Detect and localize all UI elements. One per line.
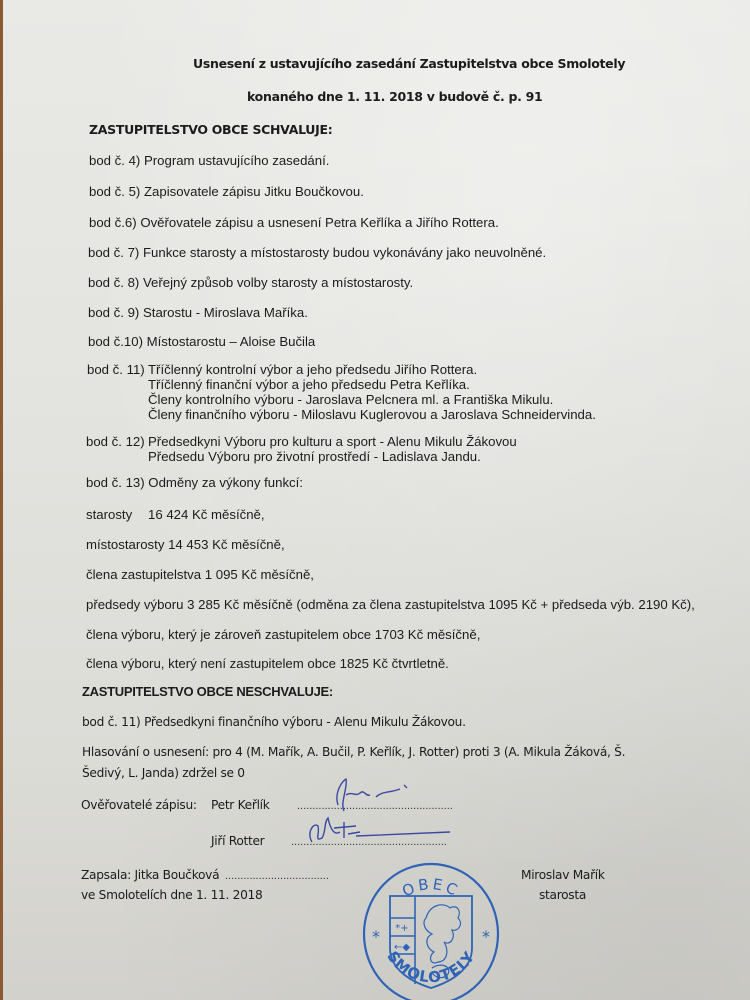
item-12-line: Předsedkyni Výboru pro kulturu a sport -…: [148, 434, 517, 449]
reward-mayor: 16 424 Kč měsíčně,: [148, 507, 265, 522]
place-date: ve Smolotelích dne 1. 11. 2018: [81, 888, 262, 902]
item-11-line: Členy finančního výboru - Miloslavu Kugl…: [148, 407, 596, 422]
vote-line-2: Šedivý, L. Janda) zdržel se 0: [82, 766, 245, 780]
item-11-line: Členy kontrolního výboru - Jaroslava Pel…: [148, 392, 553, 407]
item-12-line: Předsedu Výboru pro životní prostředí - …: [148, 449, 481, 464]
verifier-2: Jiří Rotter: [211, 834, 264, 848]
mayor-title: starosta: [539, 888, 586, 902]
reward-role: starosty: [86, 507, 132, 522]
recorded-by: Zapsala: Jitka Boučková: [81, 868, 219, 882]
recorded-signature-line: ..................................: [225, 870, 329, 882]
municipal-stamp: OBEC SMOLOTELY *+ ←◆ * *: [360, 858, 502, 1000]
item-9: bod č. 9) Starostu - Miroslava Maříka.: [88, 305, 308, 320]
reward-member: člena zastupitelstva 1 095 Kč měsíčně,: [86, 567, 314, 582]
verifier-1: Petr Keřlík: [211, 798, 270, 812]
signature-rotter: [300, 812, 460, 852]
document-title: Usnesení z ustavujícího zasedání Zastupi…: [193, 56, 625, 71]
reward-chair: předsedy výboru 3 285 Kč měsíčně (odměna…: [86, 597, 695, 612]
approves-heading: ZASTUPITELSTVO OBCE SCHVALUJE:: [89, 122, 332, 137]
item-11-line: Tříčlenný kontrolní výbor a jeho předsed…: [148, 362, 477, 377]
reward-committee-member: člena výboru, který je zároveň zastupite…: [86, 627, 480, 642]
svg-text:*: *: [372, 927, 380, 946]
svg-text:*: *: [482, 927, 490, 946]
item-7: bod č. 7) Funkce starosty a místostarost…: [88, 245, 546, 260]
item-12-label: bod č. 12): [86, 434, 145, 449]
signature-kerlik: [320, 775, 440, 815]
reward-external-member: člena výboru, který není zastupitelem ob…: [86, 656, 449, 671]
svg-text:*+: *+: [395, 923, 408, 934]
document-subtitle: konaného dne 1. 11. 2018 v budově č. p. …: [247, 89, 542, 104]
item-11-line: Tříčlenný finanční výbor a jeho předsedu…: [148, 377, 470, 392]
item-10: bod č.10) Místostarostu – Aloise Bučila: [88, 334, 315, 349]
vote-line-1: Hlasování o usnesení: pro 4 (M. Mařík, A…: [82, 745, 625, 759]
reward-deputy: místostarosty 14 453 Kč měsíčně,: [86, 537, 285, 552]
item-11-label: bod č. 11): [87, 362, 145, 377]
item-6: bod č.6) Ověřovatele zápisu a usnesení P…: [89, 215, 499, 230]
item-8: bod č. 8) Veřejný způsob volby starosty …: [88, 275, 413, 290]
svg-text:←◆: ←◆: [394, 942, 410, 953]
mayor-name: Miroslav Mařík: [521, 868, 605, 882]
verifiers-label: Ověřovatelé zápisu:: [81, 798, 197, 812]
item-4: bod č. 4) Program ustavujícího zasedání.: [89, 153, 329, 168]
item-5: bod č. 5) Zapisovatele zápisu Jitku Bouč…: [89, 184, 364, 199]
desk-edge: [0, 0, 3, 1000]
rejects-item: bod č. 11) Předsedkyni finančního výboru…: [82, 715, 466, 729]
rejects-heading: ZASTUPITELSTVO OBCE NESCHVALUJE:: [82, 684, 333, 699]
item-13-label: bod č. 13) Odměny za výkony funkcí:: [86, 475, 303, 490]
